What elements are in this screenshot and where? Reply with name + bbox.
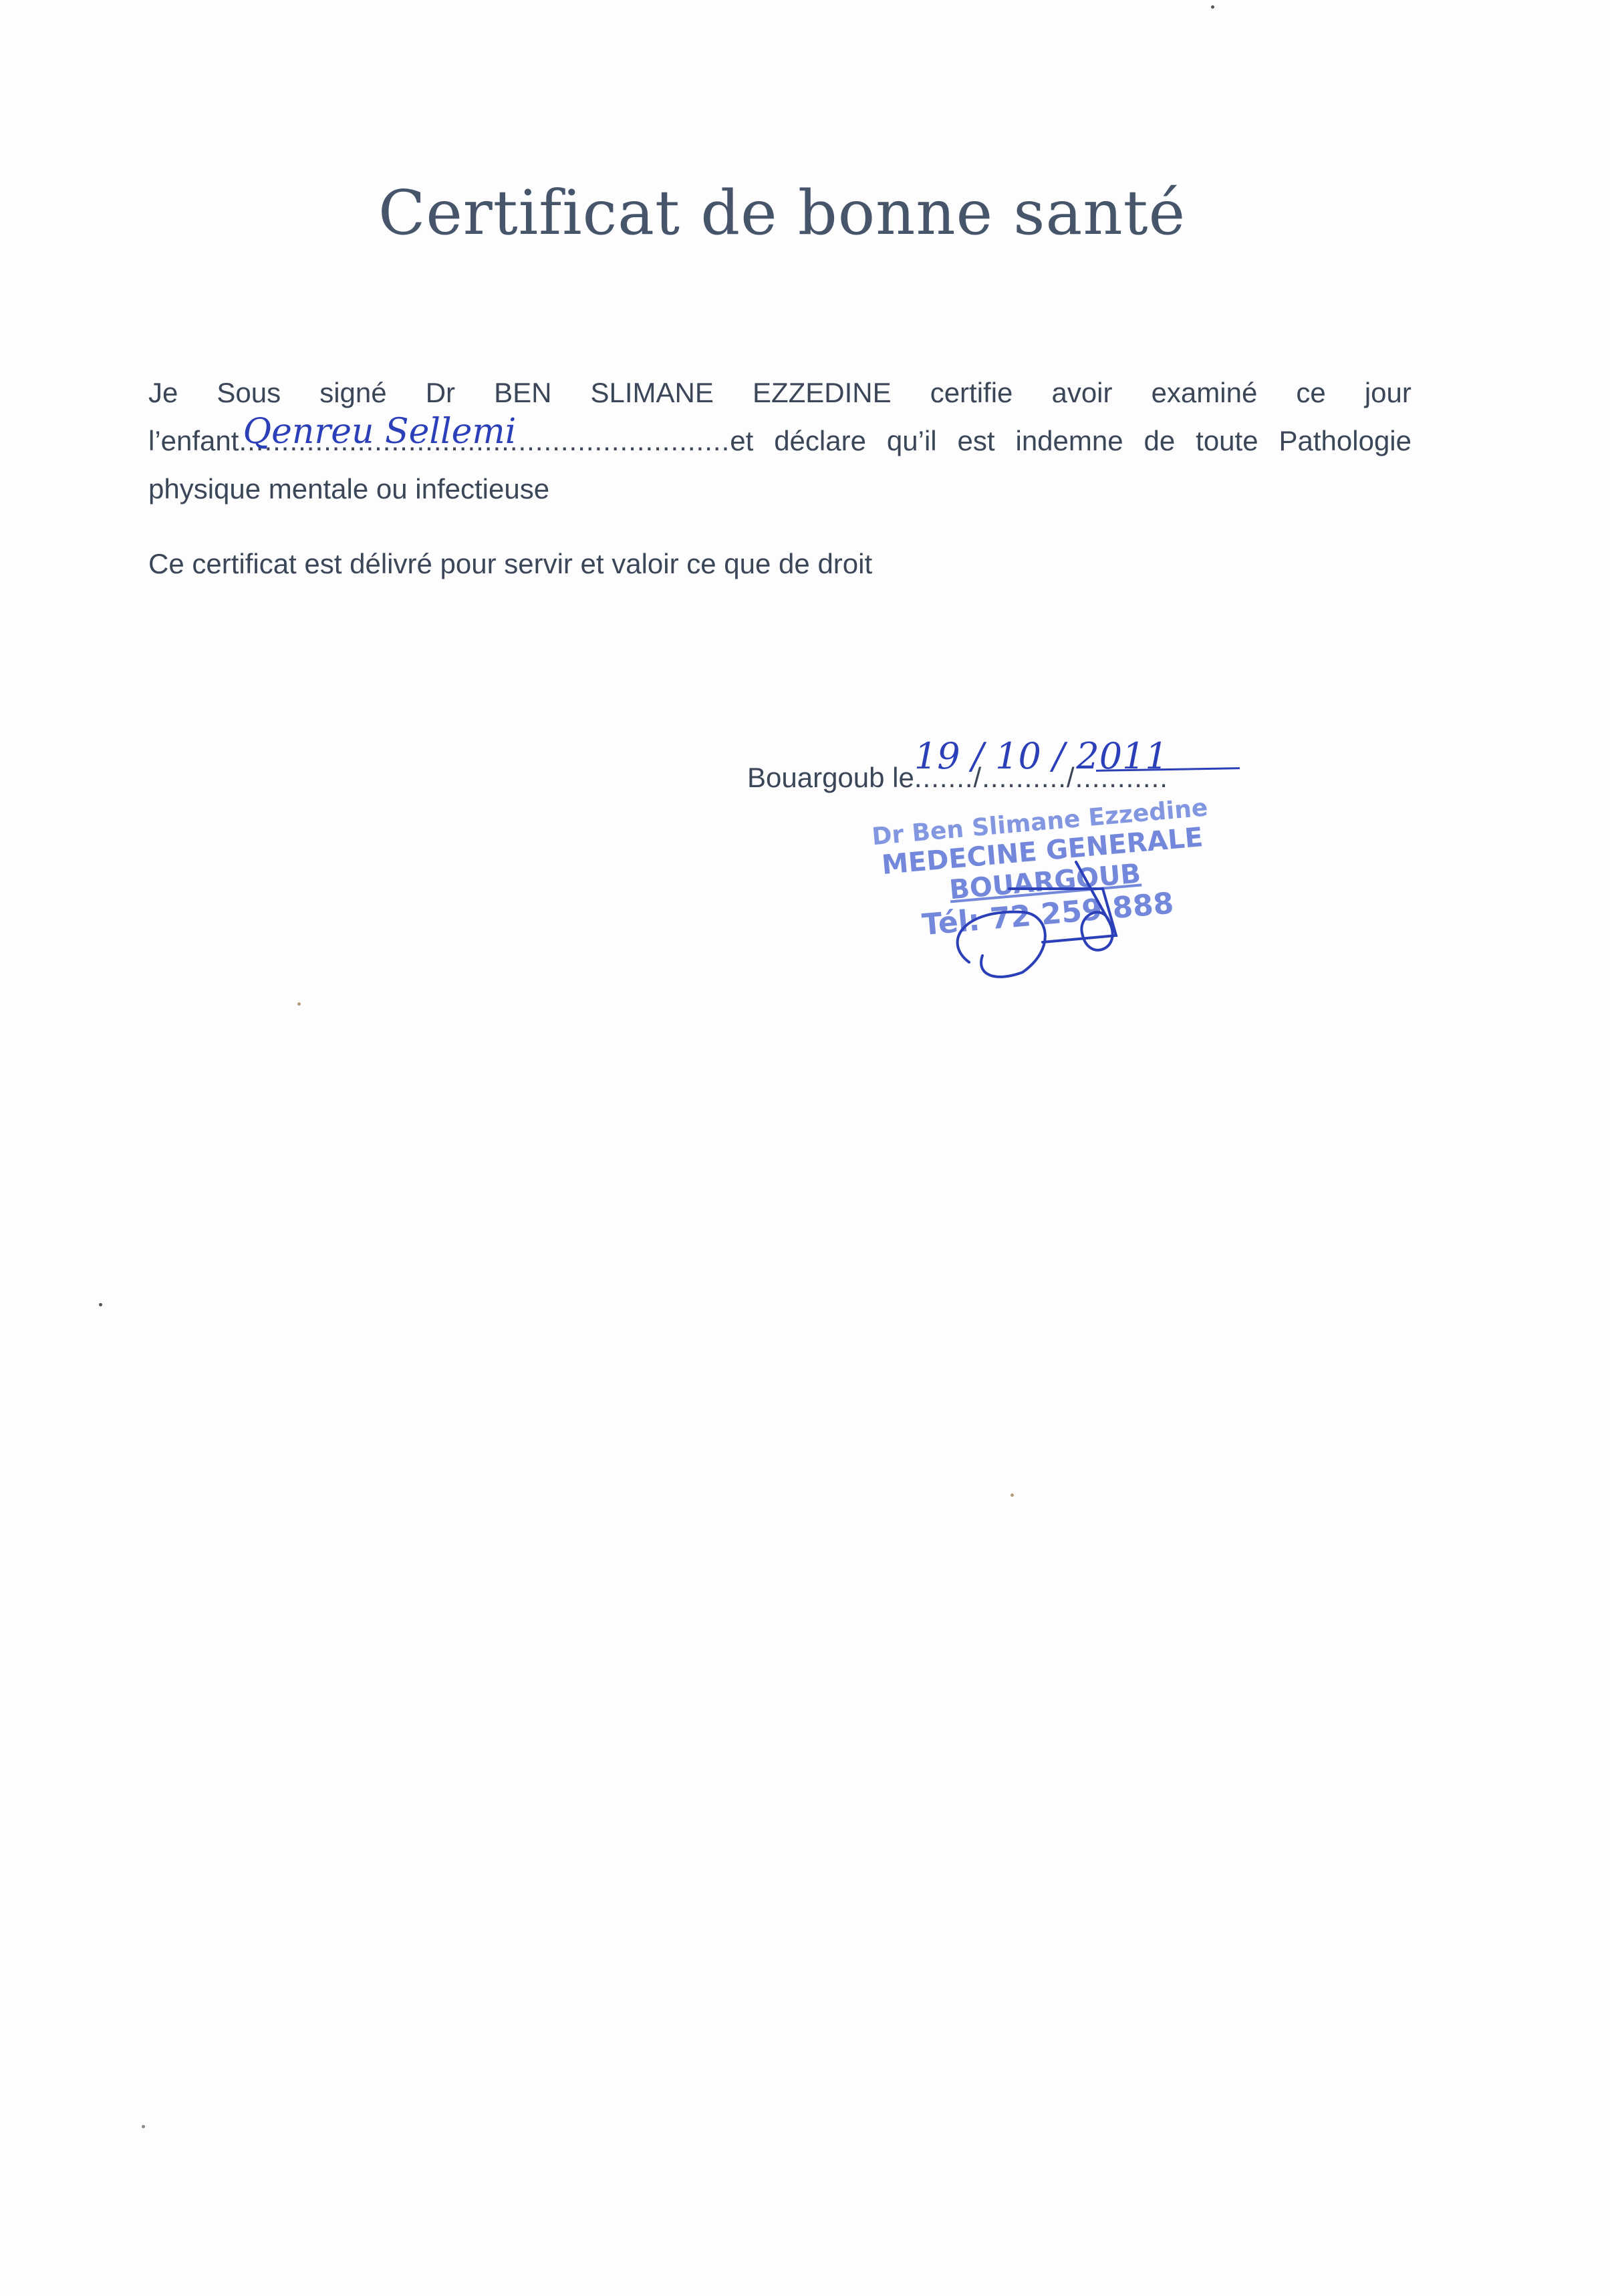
handwritten-child-name: Qenreu Sellemi [243, 408, 516, 456]
place-label: Bouargoub le [747, 762, 914, 793]
scan-speck [142, 2125, 145, 2128]
word: de [1144, 417, 1176, 465]
label-enfant: l’enfant [148, 425, 239, 456]
paragraph-line-2: l’enfant................................… [148, 417, 1412, 465]
word: avoir [1051, 369, 1112, 417]
scan-speck [1011, 1493, 1014, 1497]
word: EZZEDINE [753, 369, 892, 417]
scan-speck [1211, 5, 1214, 9]
word: est [958, 417, 995, 465]
word: ce [1296, 369, 1325, 417]
word: jour [1365, 369, 1412, 417]
word: indemne [1015, 417, 1123, 465]
page-title: Certificat de bonne santé [0, 177, 1564, 249]
scan-speck [99, 1303, 102, 1306]
date-fill: ......./........../...........19 / 10 / … [914, 762, 1168, 794]
signature-stroke-icon [942, 849, 1143, 982]
word: et [730, 425, 753, 456]
word: certifie [930, 369, 1013, 417]
paragraph-line-3: physique mentale ou infectieuse [148, 465, 1412, 513]
word: examiné [1152, 369, 1258, 417]
name-fill: ........................................… [239, 417, 730, 465]
word: Pathologie [1279, 417, 1412, 465]
word: déclare [774, 417, 866, 465]
word: Je [148, 369, 178, 417]
word: SLIMANE [591, 369, 714, 417]
validity-statement: Ce certificat est délivré pour servir et… [148, 540, 1412, 588]
word: qu’il [887, 417, 937, 465]
child-name-field: l’enfant................................… [148, 417, 753, 465]
scan-speck [297, 1002, 301, 1006]
place-date-line: Bouargoub le......./........../.........… [747, 762, 1168, 794]
certification-paragraph: Je Sous signé Dr BEN SLIMANE EZZEDINE ce… [148, 369, 1412, 513]
word: toute [1196, 417, 1258, 465]
